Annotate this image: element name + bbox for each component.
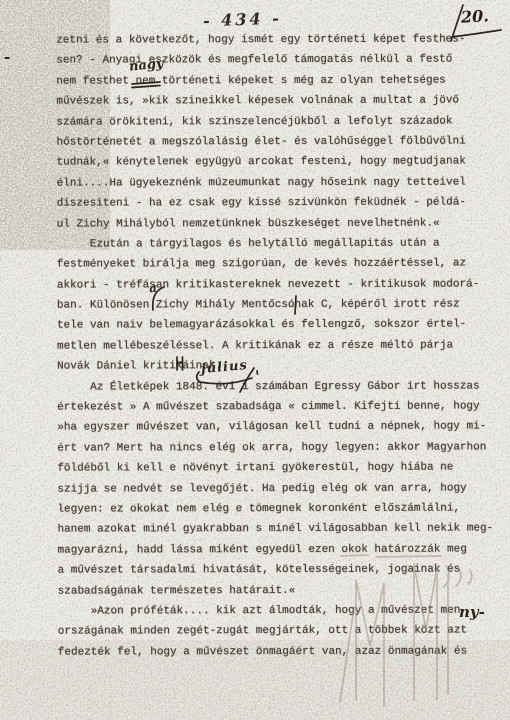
typed-line: festményeket birálja meg szigorúan, de k… [57, 254, 497, 276]
typed-line: »Azon próféták.... kik azt álmodták, hog… [58, 600, 498, 622]
page-number-corner: 20. [461, 6, 490, 26]
typed-line: sen? - Anyagi eszközök és megfelelő támo… [56, 50, 496, 72]
typed-line: művészek is, »kik szineikkel képesek vol… [56, 91, 496, 113]
typed-line: földéből ki kell e növényt irtani gyöker… [57, 458, 497, 480]
typed-line: a művészet társadalmi hivatását, köteles… [58, 560, 498, 582]
typed-line: akkori - tréfásan kritikastereknek nevez… [57, 274, 497, 296]
typed-line: ul Zichy Mihályból nemzetünknek büszkesé… [57, 213, 497, 235]
typed-line: magyarázni, hadd lássa miként egyedül ez… [58, 539, 498, 561]
typed-line: diszesiteni - ha ez csak egy kissé szivü… [57, 193, 497, 215]
typed-line: Novák Dániel kritikáinak. [57, 356, 497, 378]
typed-line: tudnák,« kénytelenek együgyü arcokat fes… [56, 152, 496, 174]
typed-line: fedezték fel, hogy a művészet önmagáért … [58, 641, 498, 663]
typed-text: zetni és a következőt, hogy ismét egy tö… [56, 29, 498, 662]
typed-line: nem festhet nem történeti képeket s még … [56, 70, 496, 92]
typed-line: hanem azokat minél gyakrabban s minél vi… [57, 519, 497, 541]
typed-line: ban. Különösen Zichy Mihály Mentőcsónak … [57, 295, 497, 317]
handwritten-margin-dash: - [4, 48, 10, 66]
typed-line: értekezést » A művészet szabadsága « cim… [57, 396, 497, 418]
typed-line: országának minden zegét-zugát megjárták,… [58, 621, 498, 643]
typed-line: metlen mellébeszéléssel. A kritikának ez… [57, 335, 497, 357]
typed-line: tele van naiv belemagyarázásokkal és fel… [57, 315, 497, 337]
typed-line: élni....Ha ügyekeznénk múzeumunkat nagy … [57, 172, 497, 194]
typed-line: Ezután a tárgyilagos és helytálló megáll… [57, 233, 497, 255]
typed-line: számára örökiteni, kik szinszelencéjükbő… [56, 111, 496, 133]
page-number-center: - 434 - [203, 9, 282, 31]
typed-line: Az Életképek 1848. évi 1 számában Egress… [57, 376, 497, 398]
typed-line: ért van? Mert ha nincs elég ok arra, hog… [57, 437, 497, 459]
typed-line: hőstörténetét a megszólalásig élet- és v… [56, 131, 496, 153]
typed-line: »ha egyszer művészet van, világosan kell… [57, 417, 497, 439]
scanned-document-page: - 434 - 20. zetni és a következőt, hogy … [0, 0, 510, 720]
typed-line: legyen: ez okokat nem elég e tömegnek ko… [57, 498, 497, 520]
typed-line: zetni és a következőt, hogy ismét egy tö… [56, 29, 496, 51]
handwritten-correction-ny: ny- [459, 603, 485, 621]
typed-line: szijja se nedvét se levegőjét. Ha pedig … [57, 478, 497, 500]
typed-line: szabadságának természetes határait.« [58, 580, 498, 602]
